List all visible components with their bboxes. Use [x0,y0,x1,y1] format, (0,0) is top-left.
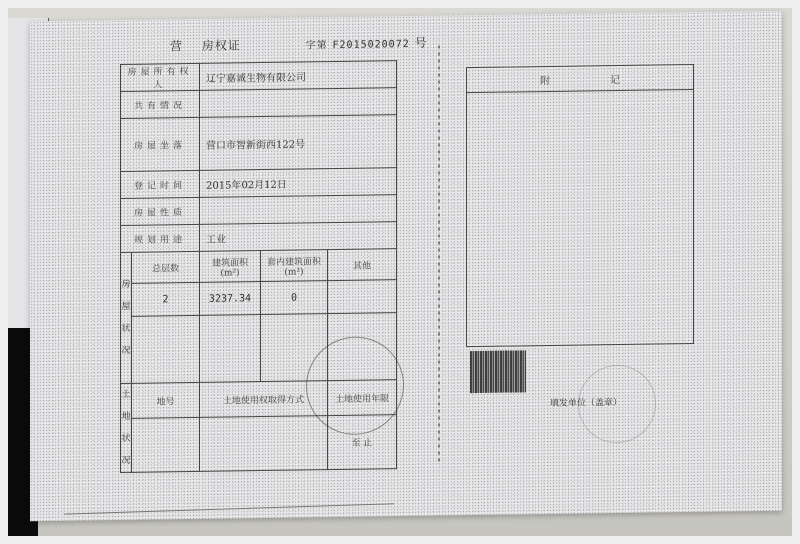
number-suffix: 号 [415,36,428,50]
location-value: 营口市智新街西122号 [200,115,397,171]
house-status-header: 房 屋 状 况 总层数 建筑面积(m²) 套内建筑面积(m²) 其他 [121,249,397,284]
planned-use-value: 工业 [200,222,397,252]
notes-box: 附 记 [466,64,694,347]
number-label: 字第 [306,40,328,51]
registration-date-label: 登记时间 [121,170,200,198]
notes-header-left: 附 [540,71,550,86]
row-location: 房屋坐落 营口市智新街西122号 [121,115,397,172]
land-status-section-label: 土 地 状 况 [121,383,132,472]
registration-date-value: 2015年02月12日 [200,168,397,198]
header-inner-area: 套内建筑面积(m²) [261,250,328,282]
house-nature-value [200,195,397,225]
co-ownership-label: 共有情况 [121,90,200,118]
header-lot-number: 地号 [132,382,200,418]
building-area-value [200,315,261,383]
row-co-ownership: 共有情况 [121,88,397,119]
row-house-nature: 房屋性质 [121,195,397,226]
row-registration-date: 登记时间 2015年02月12日 [121,168,397,199]
lot-number-value [132,418,200,473]
notes-header-right: 记 [610,71,620,86]
row-owner: 房屋所有权人 辽宁嘉诚生物有限公司 [121,61,397,92]
row-planned-use: 规划用途 工业 [121,222,397,253]
building-area-value: 3237.34 [200,282,261,316]
barcode-icon [470,350,526,393]
owner-label: 房屋所有权人 [121,63,200,91]
co-ownership-value [200,88,397,118]
owner-value: 辽宁嘉诚生物有限公司 [200,61,397,91]
location-label: 房屋坐落 [121,117,200,171]
center-fold [438,46,440,466]
title-prefix: 营 [170,39,183,53]
certificate-paper: 营 房权证 字第 F2015020072 号 房屋所有权人 辽宁嘉诚生物有限公司… [30,11,782,522]
photo-background: 营 房权证 字第 F2015020072 号 房屋所有权人 辽宁嘉诚生物有限公司… [8,8,792,536]
title-text: 房权证 [202,38,241,53]
header-other: 其他 [328,249,397,281]
house-nature-label: 房屋性质 [121,197,200,225]
other-value [328,280,397,314]
notes-header: 附 记 [467,65,693,93]
header-total-floors: 总层数 [132,251,200,283]
total-floors-value: 2 [132,282,200,316]
header-building-area: 建筑面积(m²) [200,251,261,283]
house-status-section-label: 房 屋 状 况 [121,252,132,383]
house-status-row: 2 3237.34 0 [121,280,397,317]
inner-area-value: 0 [261,281,328,315]
land-acquisition-value [200,416,328,471]
certificate-title: 营 房权证 字第 F2015020072 号 [170,34,428,55]
certificate-number: F2015020072 [333,39,410,51]
planned-use-label: 规划用途 [121,224,200,252]
total-floors-value [132,315,200,383]
